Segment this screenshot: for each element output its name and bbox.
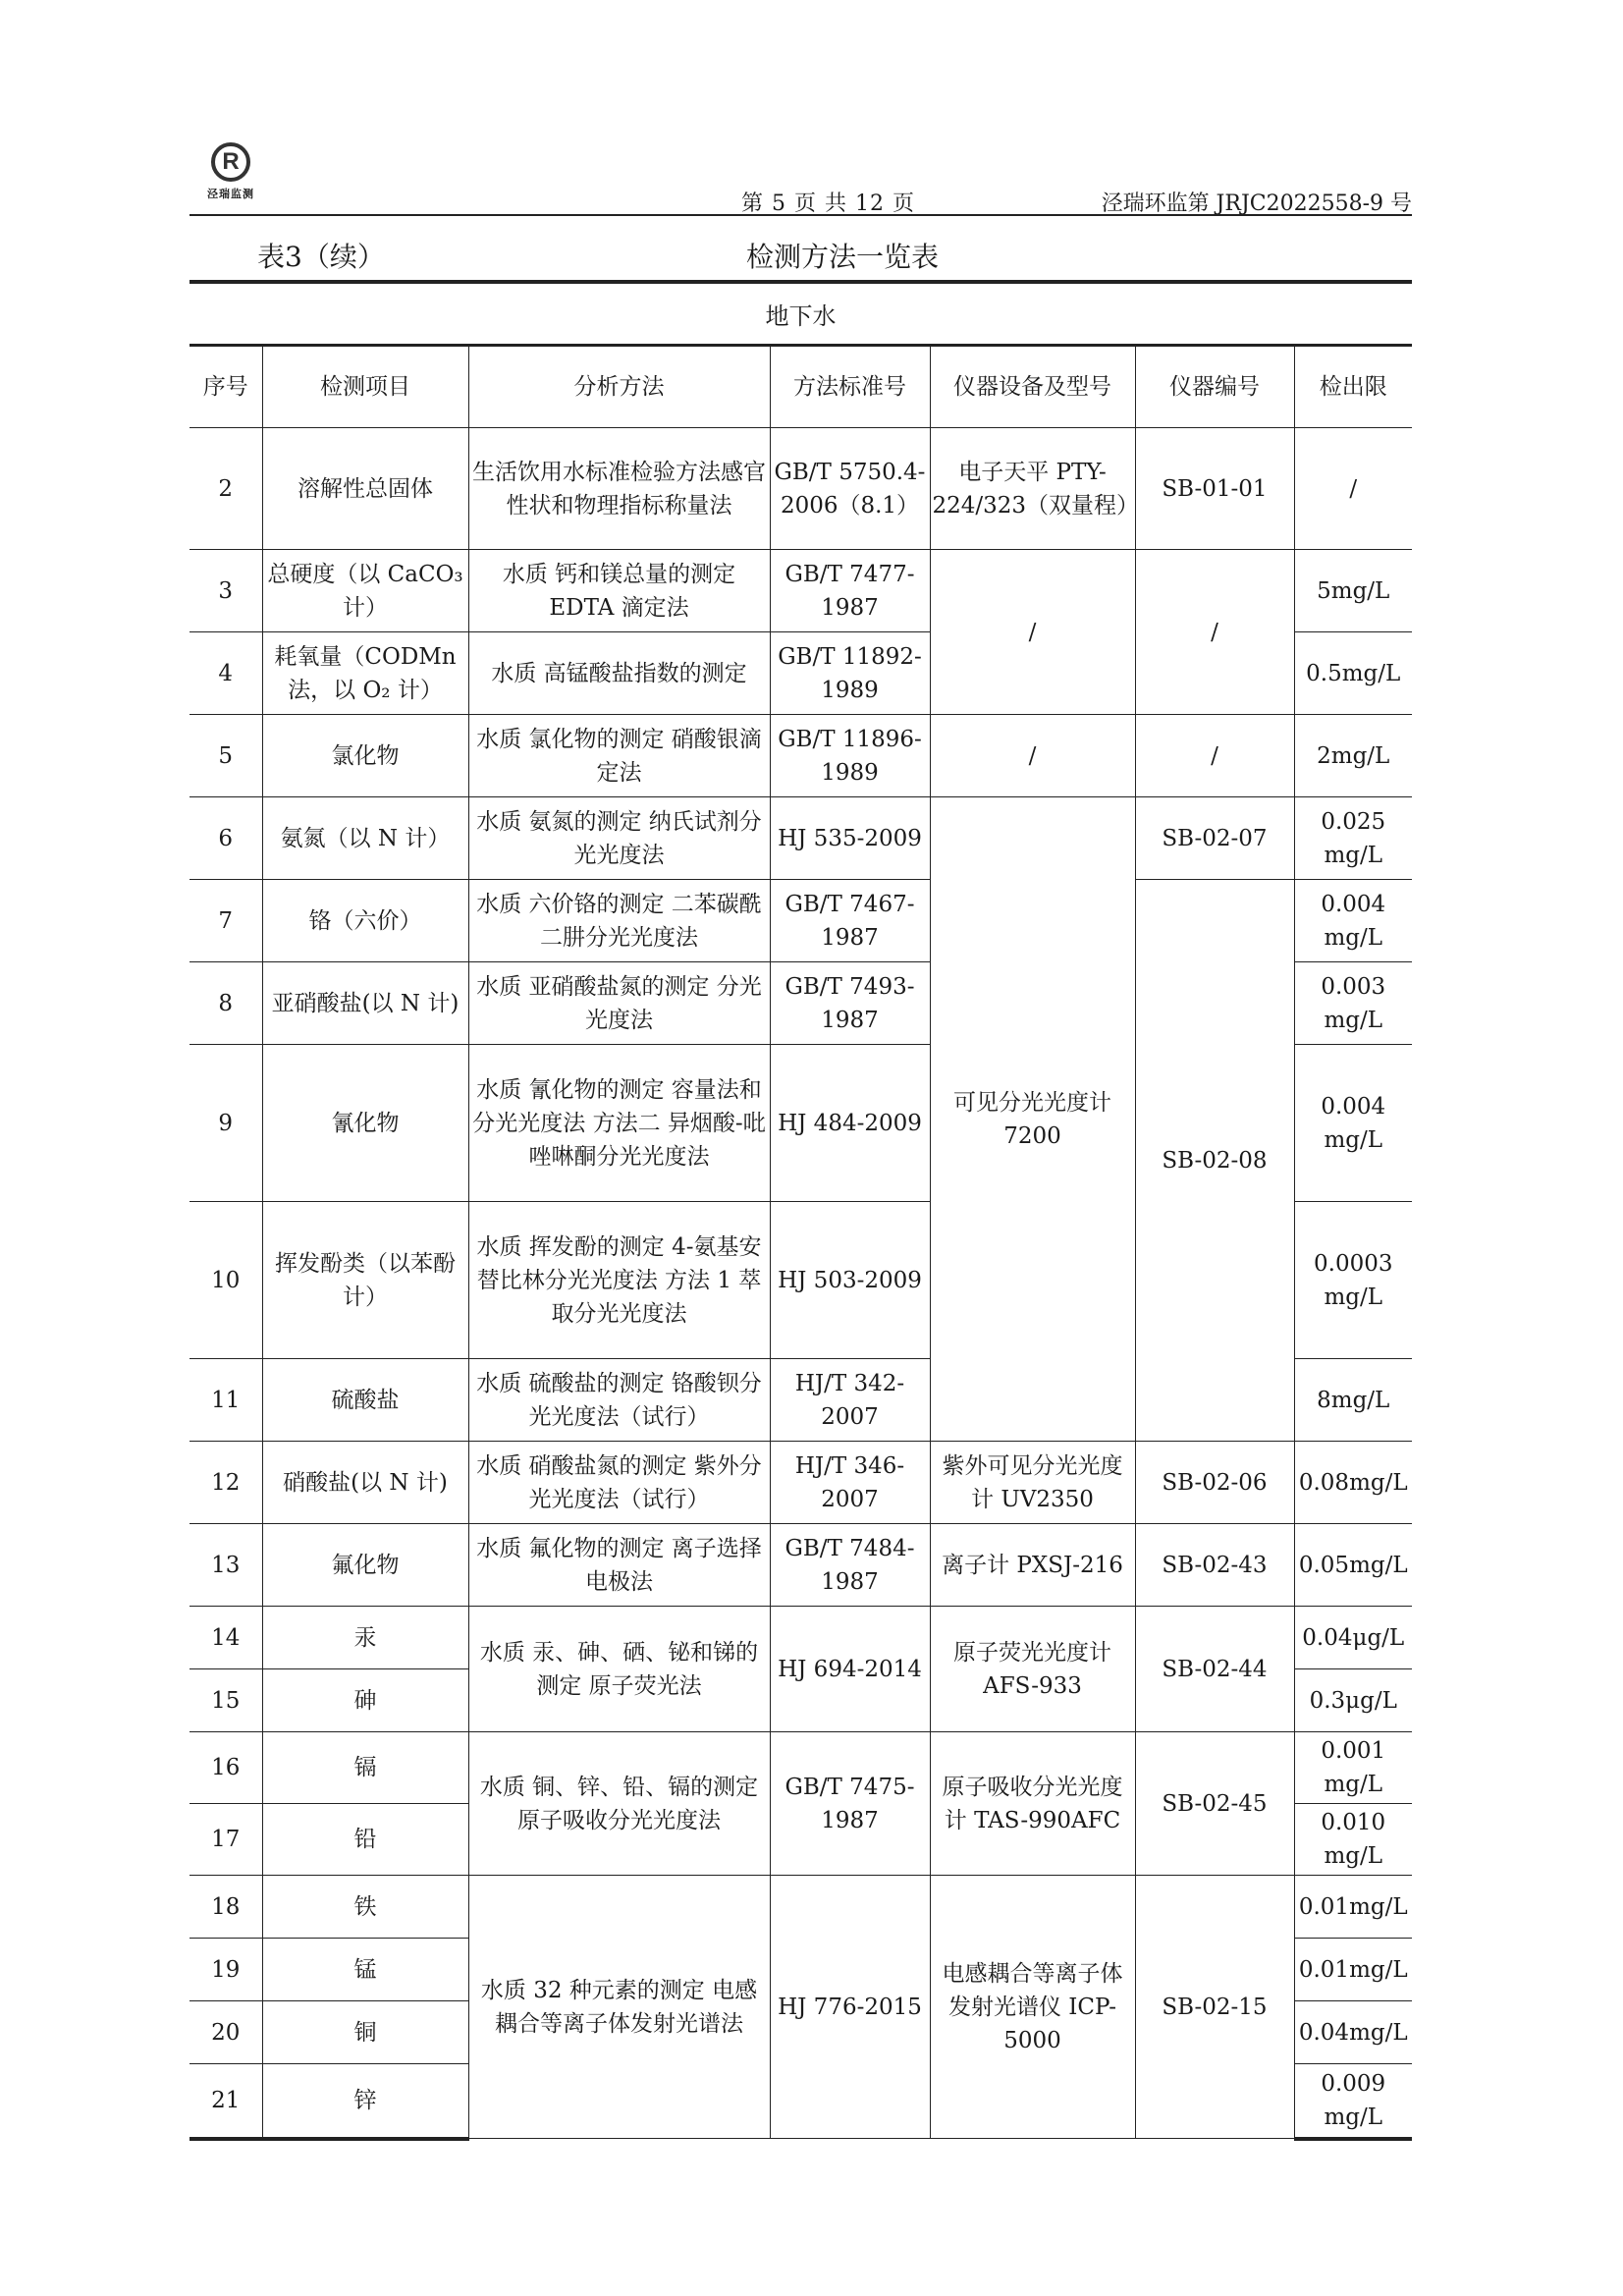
cell-standard: HJ/T 342-2007 [770,1359,930,1442]
cell-no: 2 [189,428,262,550]
cell-instrument-no: SB-02-15 [1135,1876,1294,2139]
cell-item: 硝酸盐(以 N 计) [262,1442,468,1524]
cell-standard: HJ 776-2015 [770,1876,930,2139]
cell-instrument: 紫外可见分光光度计 UV2350 [930,1442,1135,1524]
cell-standard: GB/T 7467-1987 [770,880,930,962]
section-title: 地下水 [189,297,1412,331]
cell-no: 10 [189,1202,262,1359]
cell-method: 生活饮用水标准检验方法感官性状和物理指标称量法 [468,428,770,550]
cell-instrument-no: SB-02-43 [1135,1524,1294,1607]
cell-no: 5 [189,715,262,797]
cell-no: 13 [189,1524,262,1607]
cell-limit: 0.0003 mg/L [1294,1202,1412,1359]
cell-item: 铜 [262,2001,468,2064]
cell-item: 锰 [262,1939,468,2001]
cell-standard: GB/T 11896-1989 [770,715,930,797]
cell-instrument-no: SB-02-07 [1135,797,1294,880]
cell-no: 4 [189,632,262,715]
logo-mark-icon: R [211,142,250,182]
cell-no: 19 [189,1939,262,2001]
methods-table: 序号 检测项目 分析方法 方法标准号 仪器设备及型号 仪器编号 检出限 2 溶解… [189,344,1412,2141]
cell-standard: GB/T 7484-1987 [770,1524,930,1607]
cell-instrument: / [930,715,1135,797]
table-row: 3 总硬度（以 CaCO₃ 计） 水质 钙和镁总量的测定 EDTA 滴定法 GB… [189,550,1412,632]
table-header-row: 序号 检测项目 分析方法 方法标准号 仪器设备及型号 仪器编号 检出限 [189,346,1412,428]
page-info: 第 5 页 共 12 页 [741,187,915,217]
cell-item: 铁 [262,1876,468,1939]
cell-instrument: 原子吸收分光光度计 TAS-990AFC [930,1732,1135,1876]
cell-method: 水质 亚硝酸盐氮的测定 分光光度法 [468,962,770,1045]
cell-limit: 0.5mg/L [1294,632,1412,715]
col-header-limit: 检出限 [1294,346,1412,428]
cell-instrument-no: SB-02-44 [1135,1607,1294,1732]
cell-standard: HJ 535-2009 [770,797,930,880]
cell-standard: GB/T 5750.4-2006（8.1） [770,428,930,550]
table-row: 18 铁 水质 32 种元素的测定 电感耦合等离子体发射光谱法 HJ 776-2… [189,1876,1412,1939]
cell-no: 7 [189,880,262,962]
table-row: 13 氟化物 水质 氟化物的测定 离子选择电极法 GB/T 7484-1987 … [189,1524,1412,1607]
table-row: 2 溶解性总固体 生活饮用水标准检验方法感官性状和物理指标称量法 GB/T 57… [189,428,1412,550]
cell-no: 17 [189,1804,262,1876]
table-row: 16 镉 水质 铜、锌、铅、镉的测定 原子吸收分光光度法 GB/T 7475-1… [189,1732,1412,1804]
cell-item: 氨氮（以 N 计） [262,797,468,880]
cell-instrument-no: / [1135,715,1294,797]
table-row: 14 汞 水质 汞、砷、硒、铋和锑的测定 原子荧光法 HJ 694-2014 原… [189,1607,1412,1669]
cell-limit: 0.010 mg/L [1294,1804,1412,1876]
logo-text: 泾瑞监测 [196,186,265,201]
cell-instrument: / [930,550,1135,715]
cell-standard: GB/T 11892-1989 [770,632,930,715]
cell-method: 水质 高锰酸盐指数的测定 [468,632,770,715]
cell-limit: 0.004 mg/L [1294,1045,1412,1202]
cell-method: 水质 硝酸盐氮的测定 紫外分光光度法（试行） [468,1442,770,1524]
report-number: 泾瑞环监第 JRJC2022558-9 号 [1102,187,1412,217]
cell-method: 水质 六价铬的测定 二苯碳酰二肼分光光度法 [468,880,770,962]
cell-item: 砷 [262,1669,468,1732]
cell-standard: GB/T 7493-1987 [770,962,930,1045]
cell-limit: 0.08mg/L [1294,1442,1412,1524]
cell-no: 9 [189,1045,262,1202]
table-row: 6 氨氮（以 N 计） 水质 氨氮的测定 纳氏试剂分光光度法 HJ 535-20… [189,797,1412,880]
cell-item: 挥发酚类（以苯酚计） [262,1202,468,1359]
cell-instrument: 可见分光光度计 7200 [930,797,1135,1442]
cell-method: 水质 铜、锌、铅、镉的测定 原子吸收分光光度法 [468,1732,770,1876]
cell-no: 3 [189,550,262,632]
cell-item: 耗氧量（CODMn 法，以 O₂ 计） [262,632,468,715]
cell-item: 铅 [262,1804,468,1876]
cell-method: 水质 硫酸盐的测定 铬酸钡分光光度法（试行） [468,1359,770,1442]
cell-limit: 0.003 mg/L [1294,962,1412,1045]
cell-no: 6 [189,797,262,880]
col-header-item: 检测项目 [262,346,468,428]
title-rule [189,280,1412,284]
cell-limit: / [1294,428,1412,550]
cell-standard: HJ 694-2014 [770,1607,930,1732]
cell-item: 亚硝酸盐(以 N 计) [262,962,468,1045]
cell-limit: 0.3μg/L [1294,1669,1412,1732]
cell-limit: 0.025 mg/L [1294,797,1412,880]
cell-item: 硫酸盐 [262,1359,468,1442]
cell-limit: 0.004 mg/L [1294,880,1412,962]
cell-instrument-no: SB-02-08 [1135,880,1294,1442]
cell-method: 水质 汞、砷、硒、铋和锑的测定 原子荧光法 [468,1607,770,1732]
cell-limit: 0.04μg/L [1294,1607,1412,1669]
cell-item: 氯化物 [262,715,468,797]
cell-limit: 0.01mg/L [1294,1876,1412,1939]
cell-no: 12 [189,1442,262,1524]
cell-item: 氰化物 [262,1045,468,1202]
cell-method: 水质 氰化物的测定 容量法和分光光度法 方法二 异烟酸-吡唑啉酮分光光度法 [468,1045,770,1202]
cell-item: 镉 [262,1732,468,1804]
cell-method: 水质 氟化物的测定 离子选择电极法 [468,1524,770,1607]
cell-no: 11 [189,1359,262,1442]
cell-limit: 8mg/L [1294,1359,1412,1442]
cell-item: 总硬度（以 CaCO₃ 计） [262,550,468,632]
table-row: 7 铬（六价） 水质 六价铬的测定 二苯碳酰二肼分光光度法 GB/T 7467-… [189,880,1412,962]
col-header-instrument-no: 仪器编号 [1135,346,1294,428]
cell-instrument-no: / [1135,550,1294,715]
cell-no: 15 [189,1669,262,1732]
col-header-no: 序号 [189,346,262,428]
col-header-instrument: 仪器设备及型号 [930,346,1135,428]
cell-standard: GB/T 7475-1987 [770,1732,930,1876]
cell-method: 水质 氯化物的测定 硝酸银滴定法 [468,715,770,797]
cell-no: 21 [189,2064,262,2139]
cell-no: 20 [189,2001,262,2064]
cell-no: 18 [189,1876,262,1939]
cell-limit: 0.001 mg/L [1294,1732,1412,1804]
table-title: 检测方法一览表 [746,236,939,275]
cell-standard: HJ/T 346-2007 [770,1442,930,1524]
cell-instrument-no: SB-02-45 [1135,1732,1294,1876]
table-row: 5 氯化物 水质 氯化物的测定 硝酸银滴定法 GB/T 11896-1989 /… [189,715,1412,797]
cell-instrument: 离子计 PXSJ-216 [930,1524,1135,1607]
cell-instrument: 电子天平 PTY-224/323（双量程） [930,428,1135,550]
cell-method: 水质 32 种元素的测定 电感耦合等离子体发射光谱法 [468,1876,770,2139]
cell-standard: HJ 484-2009 [770,1045,930,1202]
cell-method: 水质 钙和镁总量的测定 EDTA 滴定法 [468,550,770,632]
cell-standard: HJ 503-2009 [770,1202,930,1359]
cell-item: 溶解性总固体 [262,428,468,550]
table-row: 12 硝酸盐(以 N 计) 水质 硝酸盐氮的测定 紫外分光光度法（试行） HJ/… [189,1442,1412,1524]
cell-limit: 5mg/L [1294,550,1412,632]
col-header-standard: 方法标准号 [770,346,930,428]
table-label: 表3（续） [257,236,385,275]
cell-limit: 0.009 mg/L [1294,2064,1412,2139]
cell-limit: 0.04mg/L [1294,2001,1412,2064]
cell-instrument: 原子荧光光度计 AFS-933 [930,1607,1135,1732]
header-rule [189,214,1412,216]
cell-item: 氟化物 [262,1524,468,1607]
cell-standard: GB/T 7477-1987 [770,550,930,632]
cell-instrument: 电感耦合等离子体发射光谱仪 ICP-5000 [930,1876,1135,2139]
cell-method: 水质 氨氮的测定 纳氏试剂分光光度法 [468,797,770,880]
cell-no: 14 [189,1607,262,1669]
cell-instrument-no: SB-02-06 [1135,1442,1294,1524]
cell-item: 汞 [262,1607,468,1669]
cell-method: 水质 挥发酚的测定 4-氨基安替比林分光光度法 方法 1 萃取分光光度法 [468,1202,770,1359]
cell-limit: 0.01mg/L [1294,1939,1412,2001]
cell-no: 8 [189,962,262,1045]
cell-limit: 2mg/L [1294,715,1412,797]
cell-item: 铬（六价） [262,880,468,962]
cell-limit: 0.05mg/L [1294,1524,1412,1607]
cell-no: 16 [189,1732,262,1804]
cell-item: 锌 [262,2064,468,2139]
col-header-method: 分析方法 [468,346,770,428]
cell-instrument-no: SB-01-01 [1135,428,1294,550]
company-logo: R 泾瑞监测 [196,142,265,201]
